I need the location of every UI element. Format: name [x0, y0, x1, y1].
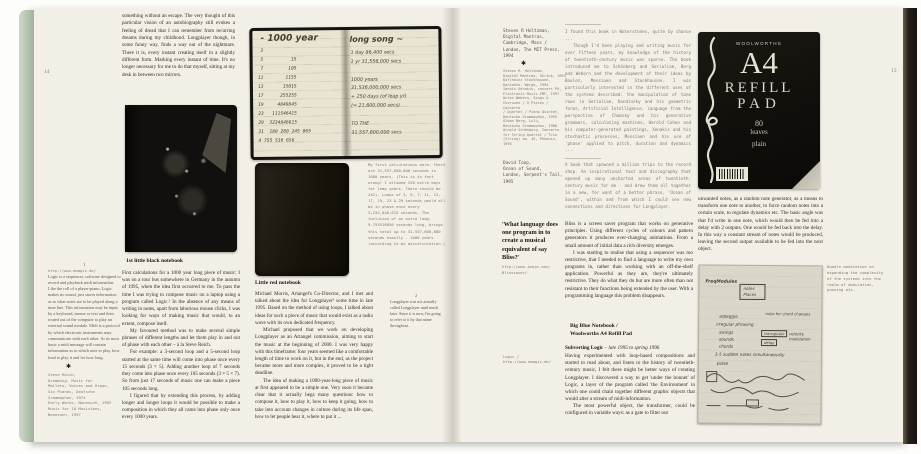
commentary-waterstones: I found this book in Waterstones, quite …	[565, 29, 691, 154]
footnote-1: 1 http://www.emagic.de/ Logic is a seque…	[48, 262, 121, 361]
holtzman-discography: Steven R. Holtzman, Digital Mantras, Shr…	[503, 69, 567, 147]
subverting-logic-label: Subverting Logic	[565, 345, 603, 351]
reich-discography: Steve Reich, Drumming, Music for Mallets…	[48, 372, 124, 417]
caption-black-notebook: 1st little black notebook	[126, 258, 183, 264]
paragraph: The most powerful object, the transforme…	[565, 403, 695, 417]
subverting-logic-dates: – late 1995 to spring 1996	[603, 345, 659, 351]
paragraph: For example: a 3-second loop and a 5-sec…	[122, 349, 240, 392]
doodle-scribble-lines	[702, 366, 816, 421]
column-black-notebook-text: First calculations for a 1000 year long …	[122, 270, 240, 422]
doodle-word: chords	[719, 344, 733, 349]
paragraph: First calculations for a 1000 year long …	[122, 270, 240, 328]
folded-corner	[792, 161, 820, 189]
elastic-band-squiggle-icon	[701, 36, 723, 186]
doodle-word-boxed: transposer	[761, 330, 787, 337]
footnote-2: 2 Longplayer was not actually called Lon…	[390, 293, 442, 329]
page-number-right: 15	[891, 68, 897, 74]
pad-continuation-text: unwanted notes, as a random note generat…	[698, 196, 823, 253]
pull-quote-url: http://www.imaja.com/ Blisssaver/	[502, 264, 564, 275]
handwritten-time-calculations: 1 day 86,400 secs 1 yr 31,556,000 secs 1…	[351, 49, 408, 138]
pull-quote: 'What language does one program in to cr…	[502, 221, 564, 262]
footnote-2-body: Longplayer was not actually called Longp…	[390, 299, 442, 329]
rule-dash	[565, 24, 601, 25]
doodle-word: sounds	[719, 337, 734, 342]
paragraph: Having experimented with loop-based comp…	[565, 353, 695, 403]
paragraph: Though I'd been playing and writing musi…	[565, 43, 691, 155]
paragraph: Michael Morris, Artangel's Co-Director, …	[255, 291, 373, 327]
book-spread-photo: 14 something without an escape. The very…	[0, 0, 921, 454]
notebook-spine-shadow	[125, 105, 141, 252]
column-red-notebook-text: Michael Morris, Artangel's Co-Director, …	[255, 291, 373, 421]
calculation-caption: My first calculations were: There are 31…	[368, 162, 446, 247]
paragraph: I figured that by extending this process…	[122, 393, 240, 422]
paragraph: The idea of making a 1000-year-long piec…	[255, 378, 373, 421]
a4-refill-pad-photo: WOOLWORTHS A4 REFILL PAD 80 leaves plain	[698, 32, 820, 189]
book-cover-edge	[19, 10, 34, 442]
reference-marker-icon: ✱	[521, 60, 526, 67]
paragraph: Michael proposed that we work on develop…	[255, 327, 373, 378]
barcode-bars	[719, 169, 745, 179]
doodle-page-photo: FreqModules notes Places arpeggio irregu…	[697, 264, 822, 424]
doodle-word-boxed: delay	[761, 339, 777, 346]
rule-dash	[565, 158, 601, 159]
barcode-icon	[716, 167, 748, 181]
handwritten-title-right: long song ~	[349, 34, 403, 44]
red-notebook-photo	[255, 163, 349, 276]
subverting-logic-title: Subverting Logic – late 1995 to spring 1…	[565, 345, 659, 351]
doodle-word: FreqModules	[706, 280, 738, 285]
section-heading-big-blue-notebook: Big Blue Notebook / Woolworths A4 Refill…	[570, 322, 632, 339]
footnote-1-body: Logic is a sequencer, software designed …	[48, 274, 121, 361]
notebook-spread-photo: - 1000 year long song ~ 3 5 15 7 105 11 …	[249, 26, 442, 160]
bliss-text: Bliss is a screen saver program that wor…	[565, 221, 693, 300]
paragraph: Bliss is a screen saver program that wor…	[565, 221, 693, 250]
citation-toop: David Toop, Ocean of Sound, London, Serp…	[503, 161, 565, 186]
doodle-word: velocity modulation	[789, 332, 819, 342]
book-back-edge	[903, 8, 917, 444]
reference-marker-icon: ✱	[66, 363, 71, 370]
doodle-word-boxed: notes Places	[739, 284, 765, 300]
subverting-logic-text: Having experimented with loop-based comp…	[565, 353, 695, 418]
doodle-word: 3-5 sudden notes simultaneously	[715, 352, 807, 358]
caption-red-notebook: Little red notebook	[255, 280, 301, 286]
black-notebook-photo	[125, 105, 237, 252]
paragraph: I found this book in Waterstones, quite …	[565, 29, 691, 43]
paragraph: I was starting to realise that using a s…	[565, 250, 693, 300]
commentary-ocean-of-sound: A book that spawned a million trips to t…	[565, 162, 691, 211]
handwritten-title-left: - 1000 year	[260, 33, 318, 44]
intro-paragraph: something without an escape. The very th…	[122, 13, 235, 79]
handwritten-prime-calculations: 3 5 15 7 105 11 1155 13 15015 17 255255 …	[258, 47, 312, 146]
doodle-word: swings	[719, 330, 733, 335]
margin-note-logic-url: Logic / http://www.emagic.de/	[503, 354, 565, 364]
citation-holtzman: Steven R Holtzman, Digital Mantras, Camb…	[503, 29, 565, 60]
page-number-left: 14	[44, 69, 50, 75]
doodle-word: arpeggio	[719, 314, 738, 319]
paragraph: My favoured method was to make several s…	[122, 328, 240, 350]
doodle-word: irregular phrasing	[716, 322, 754, 327]
notebook-tape-patch	[195, 113, 231, 173]
doodle-word: rules for chord changes	[765, 312, 811, 317]
doodle-caption: Doodle meditation on expanding the compl…	[827, 264, 889, 293]
